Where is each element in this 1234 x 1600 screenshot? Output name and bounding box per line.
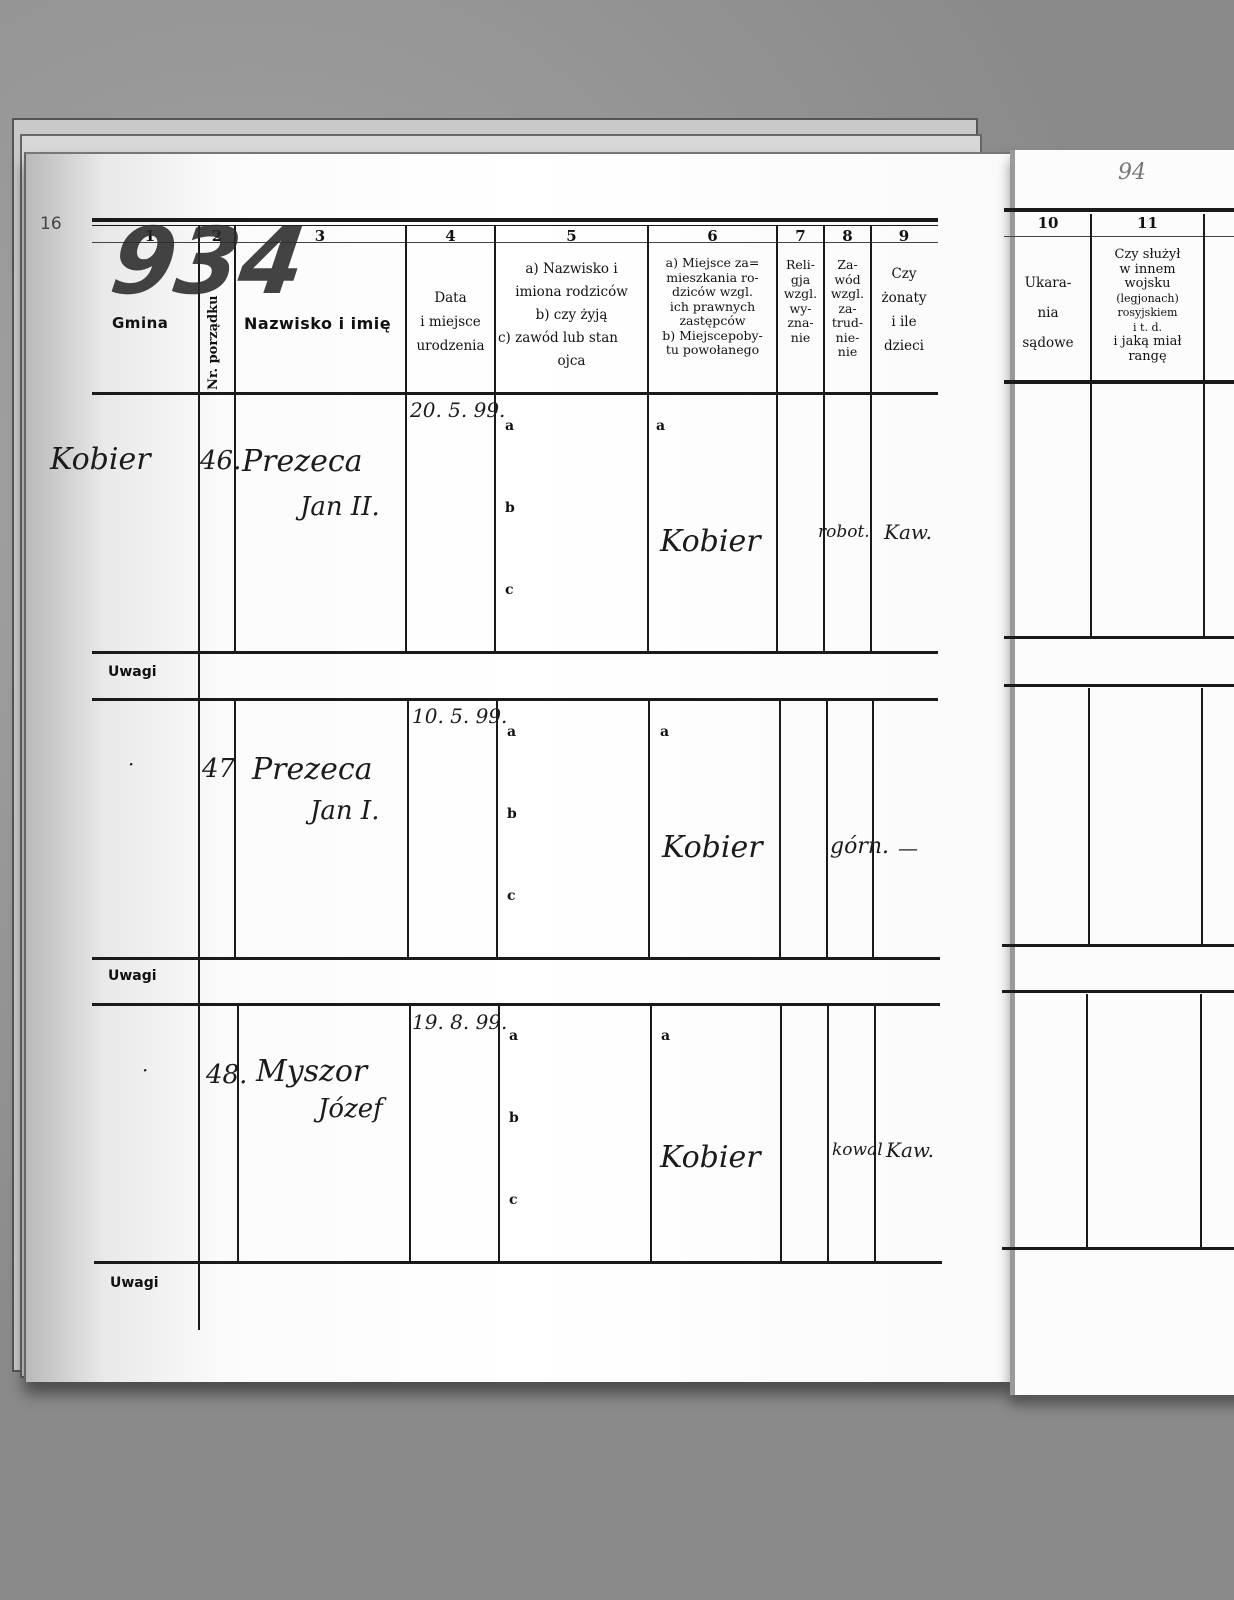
row2-bottom-rule: [92, 957, 940, 960]
row2-surname: Prezeca: [252, 752, 373, 787]
header-line: wy-: [778, 302, 823, 317]
row1-gmina: Kobier: [50, 442, 151, 477]
header-line: żonaty: [872, 286, 936, 310]
sub-label-c: c: [509, 1192, 518, 1208]
row1-bottom-rule: [92, 651, 938, 654]
row1-occupation: robot.: [818, 522, 870, 542]
header-occupation: Za- wód wzgl. za- trud- nie- nie: [825, 258, 870, 360]
body-sep-5a: [647, 395, 649, 652]
header-line: ojca: [496, 350, 647, 373]
row3-bottom-rule: [94, 1261, 942, 1264]
header-line: w innem: [1092, 263, 1203, 278]
body-sep-5c: [650, 1006, 652, 1262]
row2-nr: 47: [202, 754, 235, 784]
header-line: Data: [407, 286, 494, 310]
header-line: Ukara-: [1006, 268, 1090, 298]
header-line: nie: [825, 345, 870, 360]
row3-residence: Kobier: [660, 1140, 761, 1175]
header-bottom-rule: [92, 392, 938, 395]
colnum-7: 7: [778, 227, 823, 245]
right-col-sep-11c: [1200, 994, 1202, 1248]
stamped-register-number: 934: [104, 208, 311, 315]
header-line: (legjonach): [1092, 292, 1203, 307]
uwagi1-bottom-rule: [92, 698, 938, 701]
header-line: b) czy żyją: [496, 304, 647, 327]
body-sep-4b: [496, 701, 498, 958]
header-line: nie-: [825, 331, 870, 346]
row2-gmina: ·: [128, 752, 134, 776]
header-line: a) Nazwisko i: [496, 258, 647, 281]
header-line: zna-: [778, 316, 823, 331]
header-convictions: Ukara- nia sądowe: [1006, 268, 1090, 358]
right-uwagi1-bottom-rule: [1004, 684, 1234, 687]
right-page-pencil-number: 94: [1118, 160, 1146, 185]
header-line: Reli-: [778, 258, 823, 273]
body-sep-3c: [409, 1006, 411, 1262]
row3-given: Józef: [318, 1094, 383, 1124]
header-residence: a) Miejsce za= mieszkania ro- dziców wzg…: [649, 256, 776, 358]
right-col-sep-11b: [1201, 688, 1203, 944]
row1-birth-date: 20. 5. 99.: [410, 398, 505, 422]
body-sep-5b: [648, 701, 650, 958]
sub-label-b: b: [509, 1110, 519, 1126]
row1-surname: Prezeca: [242, 444, 363, 479]
header-line: mieszkania ro-: [649, 271, 776, 286]
header-line: wzgl.: [825, 287, 870, 302]
colnum-4: 4: [407, 227, 494, 245]
header-line: sądowe: [1006, 328, 1090, 358]
right-uwagi2-bottom-rule: [1002, 990, 1234, 993]
colnum-10: 10: [1006, 214, 1090, 232]
header-line: wzgl.: [778, 287, 823, 302]
header-gmina: Gmina: [112, 314, 168, 332]
header-line: i jaką miał: [1092, 335, 1203, 350]
header-line: rosyjskiem: [1092, 306, 1203, 321]
body-sep-1: [198, 395, 200, 1330]
right-col-sep-11: [1203, 214, 1205, 636]
header-line: i t. d.: [1092, 321, 1203, 336]
header-line: rangę: [1092, 350, 1203, 365]
sub-label-c: c: [505, 582, 514, 598]
colnum-11: 11: [1092, 214, 1203, 232]
header-line: gja: [778, 273, 823, 288]
header-birth: Data i miejsce urodzenia: [407, 286, 494, 358]
header-line: dziców wzgl.: [649, 285, 776, 300]
sub-label-a: a: [661, 1028, 670, 1044]
header-line: b) Miejscepoby-: [649, 329, 776, 344]
row3-occupation: kowal: [832, 1140, 883, 1160]
header-line: i miejsce: [407, 310, 494, 334]
header-line: za-: [825, 302, 870, 317]
row2-occupation: górn.: [830, 834, 889, 859]
right-header-bottom-rule: [1004, 380, 1234, 384]
sub-label-a: a: [507, 724, 516, 740]
header-parents: a) Nazwisko i imiona rodziców b) czy żyj…: [496, 258, 647, 373]
header-religion: Reli- gja wzgl. wy- zna- nie: [778, 258, 823, 345]
header-nazwisko-imie: Nazwisko i imię: [244, 314, 391, 333]
right-row2-bottom-rule: [1002, 944, 1234, 947]
body-sep-8b: [872, 701, 874, 958]
header-line: tu powołanego: [649, 343, 776, 358]
body-sep-2c: [237, 1006, 239, 1262]
header-married: Czy żonaty i ile dzieci: [872, 262, 936, 358]
body-sep-6b: [779, 701, 781, 958]
row2-married: —: [898, 836, 918, 860]
remarks-label-3: Uwagi: [110, 1275, 159, 1291]
row3-married: Kaw.: [886, 1138, 934, 1162]
right-col-sep-10b: [1088, 688, 1090, 944]
body-sep-7b: [826, 701, 828, 958]
right-colnum-rule: [1004, 236, 1234, 237]
uwagi2-bottom-rule: [92, 1003, 940, 1006]
row2-given: Jan I.: [310, 796, 379, 826]
margin-page-number: 16: [40, 214, 62, 234]
header-line: nie: [778, 331, 823, 346]
header-line: urodzenia: [407, 334, 494, 358]
sub-label-a: a: [505, 418, 514, 434]
colnum-6: 6: [649, 227, 776, 245]
right-row3-bottom-rule: [1002, 1247, 1234, 1250]
header-line: trud-: [825, 316, 870, 331]
header-line: ich prawnych: [649, 300, 776, 315]
row1-nr: 46.: [200, 446, 241, 476]
body-sep-4c: [498, 1006, 500, 1262]
header-line: wód: [825, 273, 870, 288]
sub-label-a: a: [656, 418, 665, 434]
header-line: wojsku: [1092, 277, 1203, 292]
sub-label-a: a: [509, 1028, 518, 1044]
row1-residence: Kobier: [660, 524, 761, 559]
row3-gmina: ·: [142, 1058, 148, 1082]
row1-married: Kaw.: [884, 520, 932, 544]
body-sep-8c: [874, 1006, 876, 1262]
row3-surname: Myszor: [256, 1054, 367, 1089]
body-sep-4a: [494, 395, 496, 652]
body-sep-3b: [407, 701, 409, 958]
body-sep-7c: [827, 1006, 829, 1262]
header-line: imiona rodziców: [496, 281, 647, 304]
sub-label-a: a: [660, 724, 669, 740]
body-sep-3a: [405, 395, 407, 652]
header-line: Czy służył: [1092, 248, 1203, 263]
colnum-8: 8: [825, 227, 870, 245]
header-line: i ile: [872, 310, 936, 334]
right-row1-bottom-rule: [1004, 636, 1234, 639]
sub-label-c: c: [507, 888, 516, 904]
colnum-5: 5: [496, 227, 647, 245]
body-sep-6a: [776, 395, 778, 652]
remarks-label-1: Uwagi: [108, 664, 157, 680]
row2-birth-date: 10. 5. 99.: [412, 704, 507, 728]
body-sep-2a: [234, 395, 236, 652]
header-other-army: Czy służył w innem wojsku (legjonach) ro…: [1092, 248, 1203, 364]
header-line: nia: [1006, 298, 1090, 328]
row2-residence: Kobier: [662, 830, 763, 865]
sub-label-b: b: [505, 500, 515, 516]
right-col-sep-10c: [1086, 994, 1088, 1248]
row1-given: Jan II.: [300, 492, 380, 522]
right-table-top-rule: [1004, 208, 1234, 212]
header-line: Za-: [825, 258, 870, 273]
header-line: zastępców: [649, 314, 776, 329]
header-line: c) zawód lub stan: [496, 327, 647, 350]
remarks-label-2: Uwagi: [108, 968, 157, 984]
sub-label-b: b: [507, 806, 517, 822]
row3-birth-date: 19. 8. 99.: [412, 1010, 507, 1034]
body-sep-2b: [234, 701, 236, 958]
header-line: a) Miejsce za=: [649, 256, 776, 271]
body-sep-6c: [780, 1006, 782, 1262]
header-line: Czy: [872, 262, 936, 286]
header-line: dzieci: [872, 334, 936, 358]
body-sep-8a: [870, 395, 872, 652]
colnum-9: 9: [872, 227, 936, 245]
row3-nr: 48.: [206, 1060, 247, 1090]
